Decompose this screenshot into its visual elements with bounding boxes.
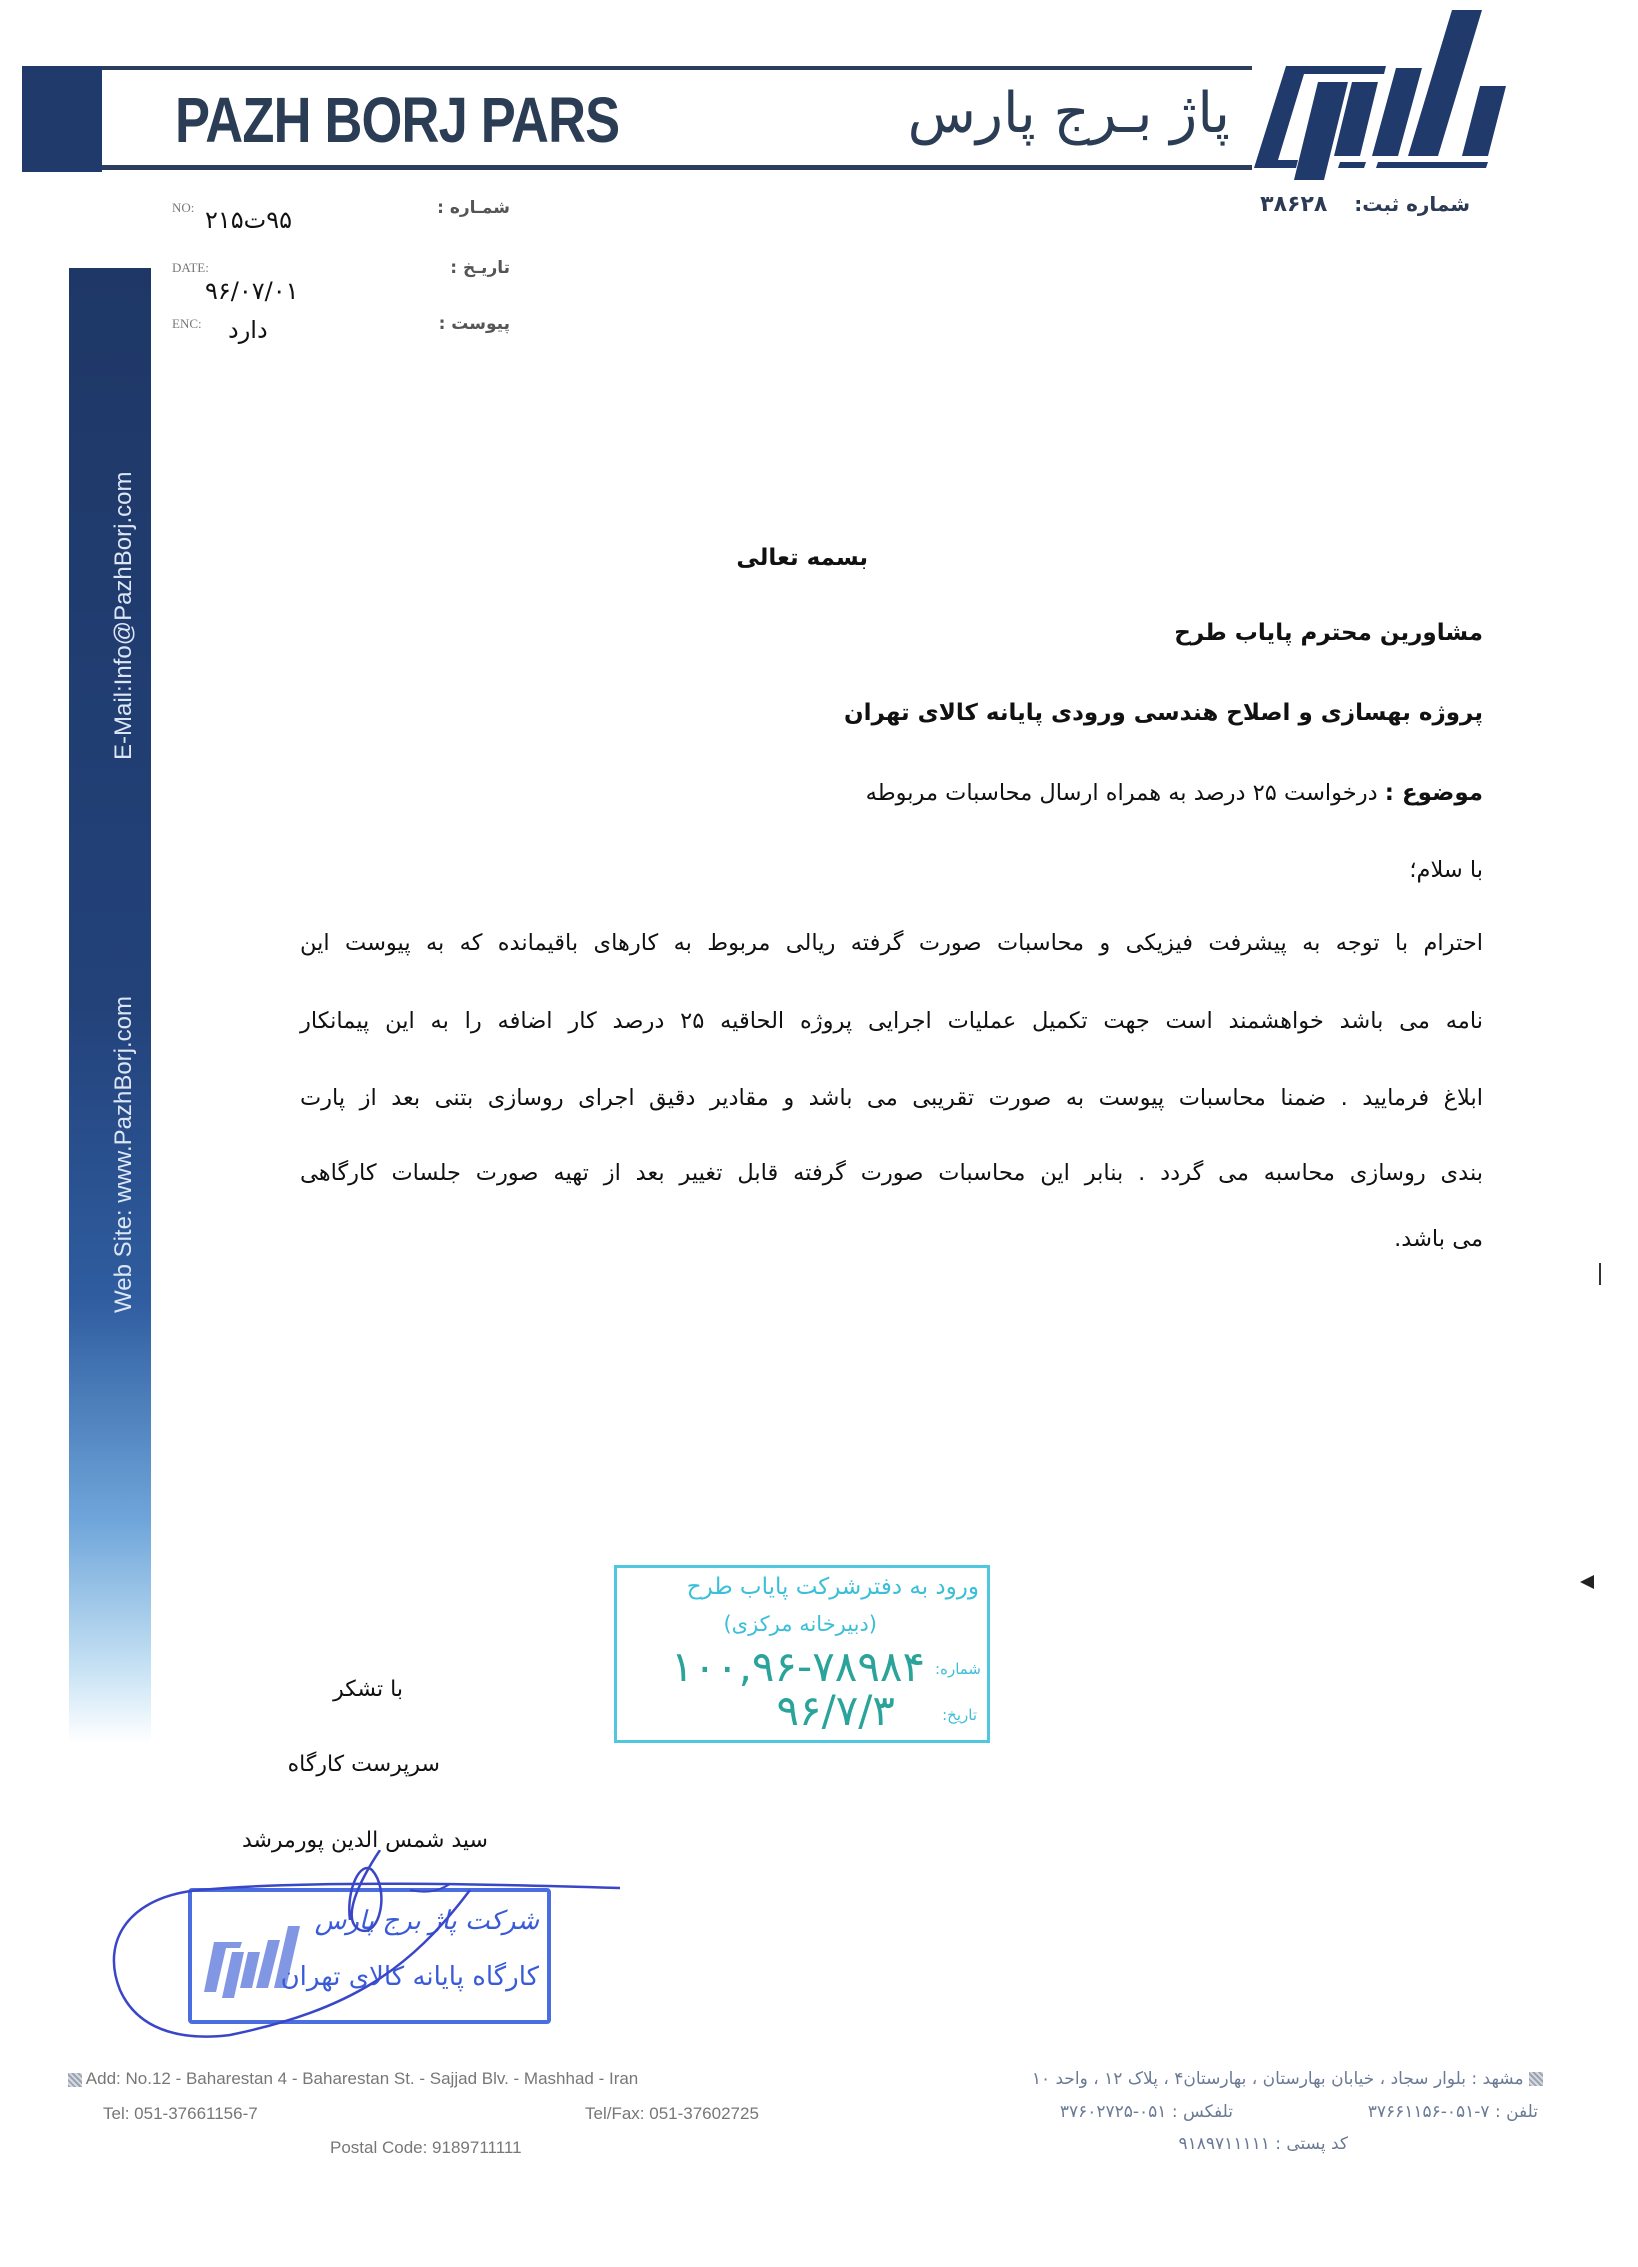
stamp-subtitle: (دبیرخانه مرکزی) <box>723 1612 877 1636</box>
body-line: ابلاغ فرمایید . ضمنا محاسبات پیوست به صو… <box>300 1085 1483 1111</box>
address-en-text: Add: No.12 - Baharestan 4 - Baharestan S… <box>86 2069 638 2088</box>
footer-postal-fa: کد پستی : ۹۱۸۹۷۱۱۱۱۱ <box>1179 2134 1348 2154</box>
signer-title: سرپرست کارگاه <box>288 1752 440 1777</box>
footer-tel-fa: تلفن : ۷-۰۵۱-۳۷۶۶۱۱۵۶ <box>1368 2102 1538 2122</box>
body-line: بندی روسازی محاسبه می گردد . بنابر این م… <box>300 1160 1483 1186</box>
margin-mark <box>1599 1263 1601 1285</box>
company-name-fa: پاژ بـرج پارس <box>900 78 1230 150</box>
enclosure-label-en: ENC: <box>172 316 202 332</box>
invocation: بسمه تعالی <box>736 545 868 571</box>
stamp-number-label: شماره: <box>935 1660 981 1678</box>
handwritten-signature-icon <box>110 1850 630 2050</box>
greeting: با سلام؛ <box>1409 857 1483 883</box>
body-line: نامه می باشد خواهشمند است جهت تکمیل عملی… <box>300 1008 1483 1034</box>
company-name-en: PAZH BORJ PARS <box>175 84 619 156</box>
body-line: احترام با توجه به پیشرفت فیزیکی و محاسبا… <box>300 930 1483 956</box>
date-label-en: DATE: <box>172 260 209 276</box>
closing: با تشکر <box>333 1677 403 1702</box>
subject-line: موضوع : درخواست ۲۵ درصد به همراه ارسال م… <box>866 780 1483 806</box>
scan-edge-marker-icon <box>1580 1575 1594 1589</box>
header-color-block <box>22 66 102 172</box>
stamp-title: ورود به دفترشرکت پایاب طرح <box>687 1574 979 1600</box>
subject-text: درخواست ۲۵ درصد به همراه ارسال محاسبات م… <box>866 780 1378 806</box>
enclosure-label-fa: پيوست : <box>380 314 510 334</box>
company-logo-icon <box>1248 4 1516 180</box>
header-top-rule <box>102 66 1252 70</box>
sidebar-email: E-Mail:Info@PazhBorj.com <box>110 472 138 760</box>
bullet-square-icon <box>68 2073 82 2087</box>
number-label-fa: شمـاره : <box>380 198 510 218</box>
sidebar-website: Web Site: www.PazhBorj.com <box>110 996 138 1313</box>
contact-sidebar: E-Mail:Info@PazhBorj.com Web Site: www.P… <box>69 268 151 1743</box>
footer-tel-en: Tel: 051-37661156-7 <box>103 2104 258 2124</box>
incoming-registry-stamp: ورود به دفترشرکت پایاب طرح (دبیرخانه مرک… <box>614 1565 990 1743</box>
registration-number: شماره ثبت: ۳۸۶۲۸ <box>1230 192 1470 217</box>
address-fa-text: مشهد : بلوار سجاد ، خیابان بهارستان ، به… <box>1032 2069 1524 2089</box>
footer-telfax-en: Tel/Fax: 051-37602725 <box>585 2104 759 2124</box>
letter-number: ۹۵ت۲۱۵ <box>205 206 292 234</box>
stamp-number-value: ۱۰۰,۹۶-۷۸۹۸۴ <box>671 1642 925 1691</box>
enclosure-value: دارد <box>228 316 268 344</box>
letter-date: ۹۶/۰۷/۰۱ <box>205 277 299 305</box>
subject-label: موضوع : <box>1385 780 1483 806</box>
body-line: می باشد. <box>1394 1226 1483 1252</box>
footer-telfax-fa: تلفکس : ۰۵۱-۳۷۶۰۲۷۲۵ <box>1060 2102 1233 2122</box>
header-bottom-rule <box>102 165 1252 170</box>
date-label-fa: تاريـخ : <box>380 258 510 278</box>
recipient: مشاورین محترم پایاب طرح <box>1174 620 1483 646</box>
footer-address-en: Add: No.12 - Baharestan 4 - Baharestan S… <box>68 2069 638 2089</box>
project-title: پروژه بهسازی و اصلاح هندسی ورودی پایانه … <box>844 700 1483 726</box>
bullet-square-icon <box>1529 2072 1543 2086</box>
footer-postal-en: Postal Code: 9189711111 <box>330 2138 522 2158</box>
number-label-en: NO: <box>172 200 194 216</box>
stamp-date-label: تاریخ: <box>942 1706 977 1724</box>
registration-label: شماره ثبت: <box>1354 192 1470 216</box>
footer-address-fa: مشهد : بلوار سجاد ، خیابان بهارستان ، به… <box>1032 2069 1543 2089</box>
stamp-date-value: ۹۶/۷/۳ <box>776 1686 895 1735</box>
registration-value: ۳۸۶۲۸ <box>1260 192 1327 217</box>
